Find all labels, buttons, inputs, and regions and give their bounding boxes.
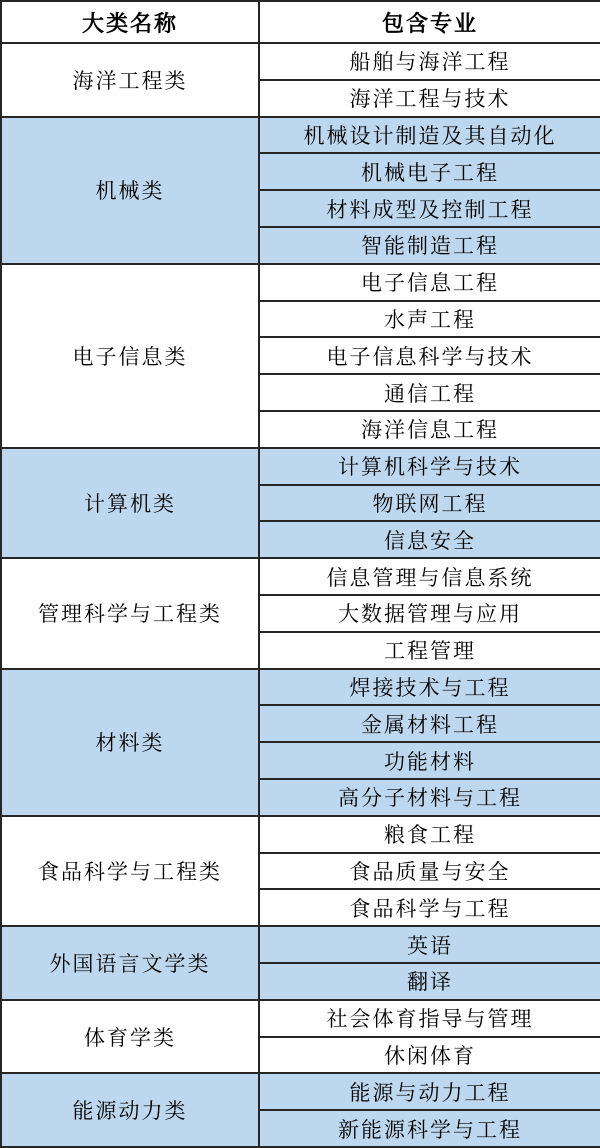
category-cell: 机械类 — [1, 117, 259, 264]
major-cell: 食品科学与工程 — [259, 889, 600, 926]
major-cell: 材料成型及控制工程 — [259, 190, 600, 227]
column-header-majors: 包含专业 — [259, 1, 600, 43]
major-cell: 通信工程 — [259, 374, 600, 411]
table-row: 能源动力类能源与动力工程 — [1, 1073, 600, 1110]
major-cell: 焊接技术与工程 — [259, 669, 600, 706]
table-row: 体育学类社会体育指导与管理 — [1, 1000, 600, 1037]
major-cell: 机械设计制造及其自动化 — [259, 117, 600, 154]
major-cell: 信息安全 — [259, 521, 600, 558]
table-row: 海洋工程类船舶与海洋工程 — [1, 43, 600, 80]
table-row: 机械类机械设计制造及其自动化 — [1, 117, 600, 154]
major-cell: 大数据管理与应用 — [259, 595, 600, 632]
major-cell: 粮食工程 — [259, 816, 600, 853]
major-cell: 海洋信息工程 — [259, 411, 600, 448]
table-row: 材料类焊接技术与工程 — [1, 669, 600, 706]
category-cell: 电子信息类 — [1, 264, 259, 448]
table-row: 外国语言文学类英语 — [1, 926, 600, 963]
major-cell: 信息管理与信息系统 — [259, 558, 600, 595]
category-cell: 能源动力类 — [1, 1073, 259, 1147]
major-cell: 海洋工程与技术 — [259, 80, 600, 117]
major-cell: 物联网工程 — [259, 485, 600, 522]
major-cell: 休闲体育 — [259, 1037, 600, 1074]
major-cell: 高分子材料与工程 — [259, 779, 600, 816]
major-cell: 水声工程 — [259, 301, 600, 338]
category-cell: 食品科学与工程类 — [1, 816, 259, 926]
major-cell: 英语 — [259, 926, 600, 963]
major-cell: 能源与动力工程 — [259, 1073, 600, 1110]
major-cell: 工程管理 — [259, 632, 600, 669]
category-cell: 体育学类 — [1, 1000, 259, 1074]
category-cell: 计算机类 — [1, 448, 259, 558]
major-cell: 金属材料工程 — [259, 705, 600, 742]
majors-table: 大类名称 包含专业 海洋工程类船舶与海洋工程海洋工程与技术机械类机械设计制造及其… — [0, 0, 600, 1148]
major-cell: 食品质量与安全 — [259, 853, 600, 890]
table-body: 海洋工程类船舶与海洋工程海洋工程与技术机械类机械设计制造及其自动化机械电子工程材… — [1, 43, 600, 1147]
major-cell: 智能制造工程 — [259, 227, 600, 264]
table-row: 计算机类计算机科学与技术 — [1, 448, 600, 485]
major-cell: 功能材料 — [259, 742, 600, 779]
major-cell: 船舶与海洋工程 — [259, 43, 600, 80]
category-cell: 海洋工程类 — [1, 43, 259, 117]
header-row: 大类名称 包含专业 — [1, 1, 600, 43]
major-cell: 计算机科学与技术 — [259, 448, 600, 485]
major-cell: 电子信息科学与技术 — [259, 337, 600, 374]
category-cell: 管理科学与工程类 — [1, 558, 259, 668]
major-cell: 翻译 — [259, 963, 600, 1000]
table-header: 大类名称 包含专业 — [1, 1, 600, 43]
major-cell: 电子信息工程 — [259, 264, 600, 301]
major-cell: 社会体育指导与管理 — [259, 1000, 600, 1037]
table-row: 食品科学与工程类粮食工程 — [1, 816, 600, 853]
table-row: 电子信息类电子信息工程 — [1, 264, 600, 301]
category-cell: 材料类 — [1, 669, 259, 816]
table-row: 管理科学与工程类信息管理与信息系统 — [1, 558, 600, 595]
column-header-category: 大类名称 — [1, 1, 259, 43]
major-cell: 新能源科学与工程 — [259, 1110, 600, 1147]
major-cell: 机械电子工程 — [259, 153, 600, 190]
category-cell: 外国语言文学类 — [1, 926, 259, 1000]
